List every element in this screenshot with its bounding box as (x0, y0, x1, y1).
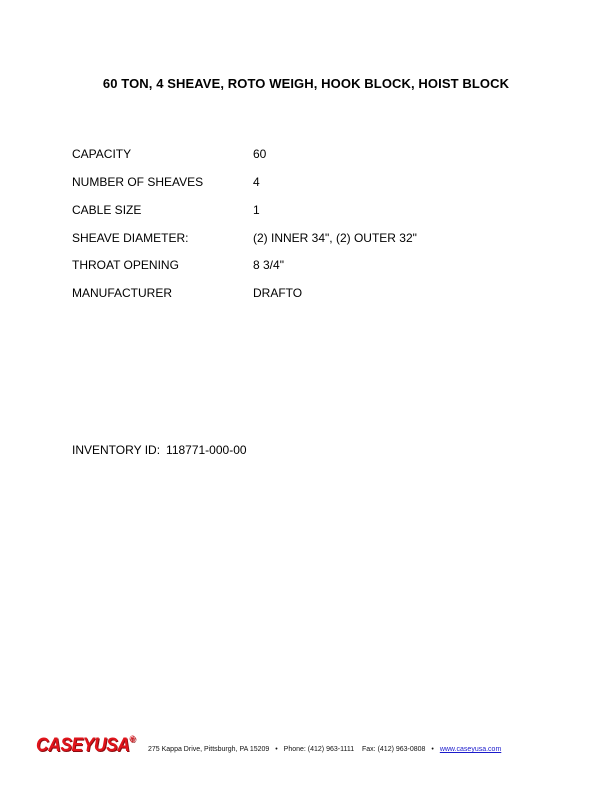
spec-value: (2) INNER 34", (2) OUTER 32" (253, 231, 417, 245)
spec-value: 60 (253, 147, 266, 161)
spec-value: DRAFTO (253, 286, 302, 300)
logo-text: CASEYUSA (36, 735, 129, 756)
footer-fax: Fax: (412) 963-0808 (362, 746, 425, 753)
spec-label: CAPACITY (72, 147, 131, 161)
spec-value: 1 (253, 203, 260, 217)
footer-contact: 275 Kappa Drive, Pittsburgh, PA 15209 • … (148, 746, 501, 753)
spec-value: 4 (253, 175, 260, 189)
spec-row-sheave-diameter: SHEAVE DIAMETER: (2) INNER 34", (2) OUTE… (72, 231, 492, 247)
spec-label: CABLE SIZE (72, 203, 141, 217)
inventory-value: 118771-000-00 (166, 443, 247, 457)
document-title: 60 TON, 4 SHEAVE, ROTO WEIGH, HOOK BLOCK… (0, 76, 612, 91)
spec-row-manufacturer: MANUFACTURER DRAFTO (72, 286, 492, 302)
registered-mark: ® (129, 734, 135, 744)
inventory-id: INVENTORY ID:118771-000-00 (72, 443, 247, 457)
bullet-separator: • (271, 746, 281, 753)
inventory-label: INVENTORY ID: (72, 443, 160, 457)
spec-label: NUMBER OF SHEAVES (72, 175, 203, 189)
spec-row-throat-opening: THROAT OPENING 8 3/4" (72, 258, 492, 274)
spec-row-cable-size: CABLE SIZE 1 (72, 203, 492, 219)
footer-phone: Phone: (412) 963-1111 (284, 746, 354, 753)
caseyusa-logo: CASEYUSA® (36, 735, 135, 757)
spec-row-capacity: CAPACITY 60 (72, 147, 492, 163)
spec-label: SHEAVE DIAMETER: (72, 231, 188, 245)
website-link[interactable]: www.caseyusa.com (440, 746, 501, 753)
footer: CASEYUSA® 275 Kappa Drive, Pittsburgh, P… (36, 735, 576, 759)
footer-address: 275 Kappa Drive, Pittsburgh, PA 15209 (148, 746, 269, 753)
bullet-separator: • (427, 746, 437, 753)
spec-row-number-of-sheaves: NUMBER OF SHEAVES 4 (72, 175, 492, 191)
spec-label: MANUFACTURER (72, 286, 172, 300)
spec-label: THROAT OPENING (72, 258, 179, 272)
spec-value: 8 3/4" (253, 258, 284, 272)
